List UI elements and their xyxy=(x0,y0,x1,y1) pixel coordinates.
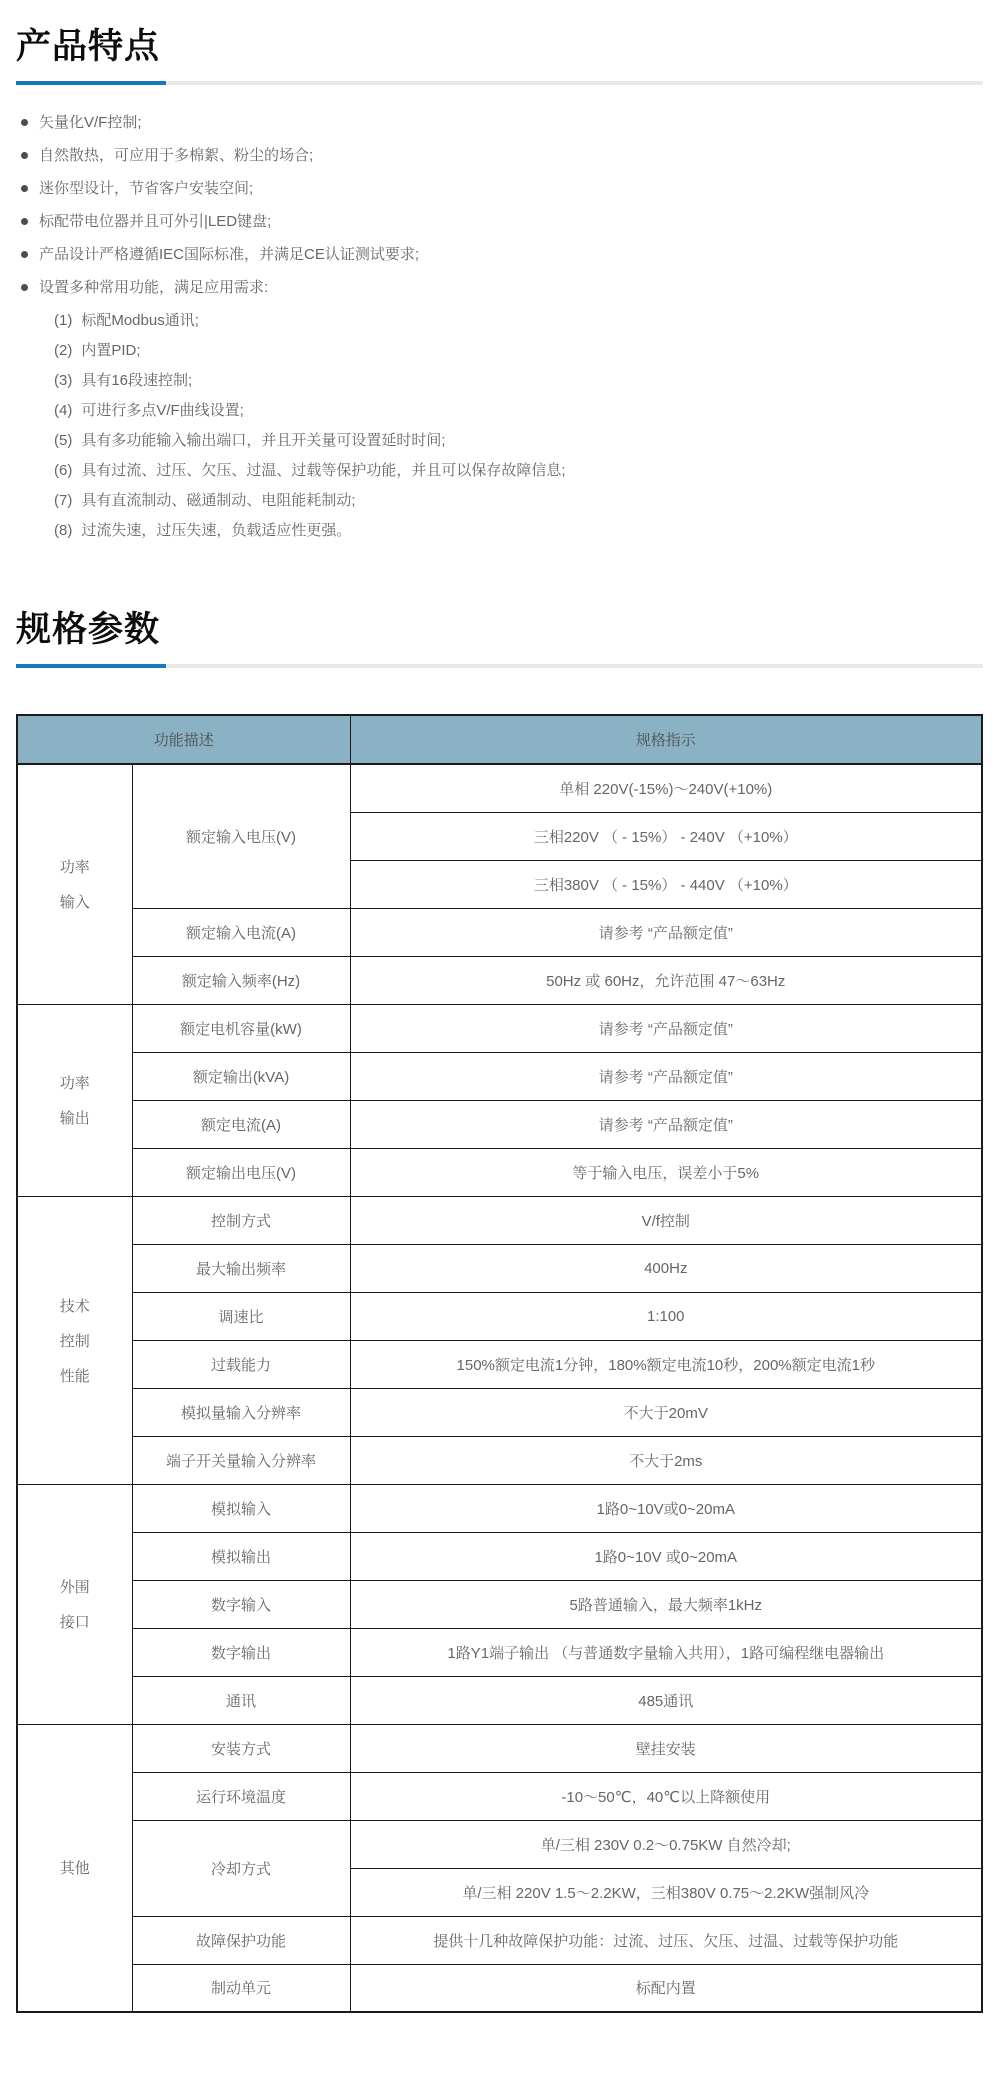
group-name-line: 接口 xyxy=(28,1611,122,1632)
table-row: 模拟输出 1路0~10V 或0~20mA xyxy=(17,1532,982,1580)
header-spec-indication: 规格指示 xyxy=(350,715,982,764)
feature-bullet-item: 标配带电位器并且可外引|LED键盘; xyxy=(16,214,983,230)
feature-bullet-item: 产品设计严格遵循IEC国际标准，并满足CE认证测试要求; xyxy=(16,247,983,263)
spec-group-cell: 技术 控制 性能 xyxy=(17,1196,132,1484)
spec-value-cell: 1路0~10V 或0~20mA xyxy=(350,1532,982,1580)
group-name-line: 技术 xyxy=(28,1295,122,1316)
spec-label-cell: 冷却方式 xyxy=(132,1820,350,1916)
item-text: 具有过流、过压、欠压、过温、过载等保护功能，并且可以保存故障信息; xyxy=(81,462,565,479)
spec-label-cell: 额定输入频率(Hz) xyxy=(132,956,350,1004)
spec-value-cell: 1路0~10V或0~20mA xyxy=(350,1484,982,1532)
spec-label-cell: 最大输出频率 xyxy=(132,1244,350,1292)
item-text: 具有多功能输入输出端口，并且开关量可设置延时时间; xyxy=(81,432,445,449)
table-row: 制动单元 标配内置 xyxy=(17,1964,982,2012)
item-number: (2) xyxy=(54,342,72,359)
table-row: 技术 控制 性能 控制方式 V/f控制 xyxy=(17,1196,982,1244)
specs-section: 规格参数 功能描述 规格指示 功率 输入 xyxy=(16,611,983,2013)
table-row: 额定输出电压(V) 等于输入电压，误差小于5% xyxy=(17,1148,982,1196)
spec-value-cell: 单相 220V(-15%)～240V(+10%) xyxy=(350,764,982,812)
spec-value-cell: -10～50℃，40℃以上降额使用 xyxy=(350,1772,982,1820)
table-row: 端子开关量输入分辨率 不大于2ms xyxy=(17,1436,982,1484)
spec-value-cell: 1路Y1端子输出 （与普通数字量输入共用），1路可编程继电器输出 xyxy=(350,1628,982,1676)
spec-label-cell: 额定电机容量(kW) xyxy=(132,1004,350,1052)
header-function-desc: 功能描述 xyxy=(17,715,350,764)
spec-label-cell: 额定输出(kVA) xyxy=(132,1052,350,1100)
group-name-line: 外围 xyxy=(28,1576,122,1597)
item-number: (8) xyxy=(54,522,72,539)
item-text: 具有16段速控制; xyxy=(81,372,192,389)
spec-value-cell: 5路普通输入，最大频率1kHz xyxy=(350,1580,982,1628)
feature-bullet-item: 迷你型设计，节省客户安装空间; xyxy=(16,181,983,197)
table-row: 运行环境温度 -10～50℃，40℃以上降额使用 xyxy=(17,1772,982,1820)
spec-label-cell: 额定输出电压(V) xyxy=(132,1148,350,1196)
spec-label-cell: 数字输入 xyxy=(132,1580,350,1628)
table-row: 功率 输出 额定电机容量(kW) 请参考 “产品额定值” xyxy=(17,1004,982,1052)
spec-value-cell: 400Hz xyxy=(350,1244,982,1292)
product-page: 产品特点 矢量化V/F控制; 自然散热，可应用于多棉絮、粉尘的场合; 迷你型设计… xyxy=(0,0,999,2029)
item-text: 可进行多点V/F曲线设置; xyxy=(81,402,244,419)
spec-group-cell: 功率 输出 xyxy=(17,1004,132,1196)
spec-value-cell: 150%额定电流1分钟，180%额定电流10秒，200%额定电流1秒 xyxy=(350,1340,982,1388)
feature-numbered-item: (4)可进行多点V/F曲线设置; xyxy=(16,403,983,419)
table-row: 冷却方式 单/三相 230V 0.2～0.75KW 自然冷却; xyxy=(17,1820,982,1868)
spec-value-cell: 请参考 “产品额定值” xyxy=(350,1004,982,1052)
spec-group-cell: 其他 xyxy=(17,1724,132,2012)
spec-value-cell: 485通讯 xyxy=(350,1676,982,1724)
table-row: 数字输入 5路普通输入，最大频率1kHz xyxy=(17,1580,982,1628)
group-name-line: 其他 xyxy=(28,1857,122,1878)
feature-numbered-item: (3)具有16段速控制; xyxy=(16,373,983,389)
item-text: 过流失速，过压失速，负载适应性更强。 xyxy=(81,522,351,539)
spec-group-cell: 功率 输入 xyxy=(17,764,132,1004)
spec-value-cell: 等于输入电压，误差小于5% xyxy=(350,1148,982,1196)
table-row: 过载能力 150%额定电流1分钟，180%额定电流10秒，200%额定电流1秒 xyxy=(17,1340,982,1388)
feature-bullet-item: 设置多种常用功能，满足应用需求: xyxy=(16,280,983,296)
table-row: 通讯 485通讯 xyxy=(17,1676,982,1724)
spec-label-cell: 端子开关量输入分辨率 xyxy=(132,1436,350,1484)
item-text: 标配Modbus通讯; xyxy=(81,312,199,329)
spec-label-cell: 故障保护功能 xyxy=(132,1916,350,1964)
spec-value-cell: 提供十几种故障保护功能：过流、过压、欠压、过温、过载等保护功能 xyxy=(350,1916,982,1964)
title-underline xyxy=(16,81,983,85)
group-name-line: 输入 xyxy=(28,891,122,912)
feature-numbered-item: (6)具有过流、过压、欠压、过温、过载等保护功能，并且可以保存故障信息; xyxy=(16,463,983,479)
item-number: (4) xyxy=(54,402,72,419)
spec-label-cell: 模拟输出 xyxy=(132,1532,350,1580)
features-title: 产品特点 xyxy=(16,28,983,66)
item-number: (1) xyxy=(54,312,72,329)
spec-value-cell: 请参考 “产品额定值” xyxy=(350,908,982,956)
table-row: 功率 输入 额定输入电压(V) 单相 220V(-15%)～240V(+10%) xyxy=(17,764,982,812)
spec-label-cell: 通讯 xyxy=(132,1676,350,1724)
spec-label-cell: 额定输入电流(A) xyxy=(132,908,350,956)
feature-list: 矢量化V/F控制; 自然散热，可应用于多棉絮、粉尘的场合; 迷你型设计，节省客户… xyxy=(16,115,983,539)
spec-value-cell: 不大于20mV xyxy=(350,1388,982,1436)
feature-numbered-item: (2)内置PID; xyxy=(16,343,983,359)
feature-numbered-item: (8)过流失速，过压失速，负载适应性更强。 xyxy=(16,523,983,539)
item-text: 具有直流制动、磁通制动、电阻能耗制动; xyxy=(81,492,355,509)
group-name-line: 功率 xyxy=(28,856,122,877)
spec-label-cell: 数字输出 xyxy=(132,1628,350,1676)
feature-numbered-item: (7)具有直流制动、磁通制动、电阻能耗制动; xyxy=(16,493,983,509)
spec-label-cell: 控制方式 xyxy=(132,1196,350,1244)
table-row: 调速比 1:100 xyxy=(17,1292,982,1340)
spec-value-cell: 单/三相 230V 0.2～0.75KW 自然冷却; xyxy=(350,1820,982,1868)
table-header-row: 功能描述 规格指示 xyxy=(17,715,982,764)
table-row: 额定输出(kVA) 请参考 “产品额定值” xyxy=(17,1052,982,1100)
table-row: 最大输出频率 400Hz xyxy=(17,1244,982,1292)
group-name-line: 性能 xyxy=(28,1365,122,1386)
feature-numbered-item: (1)标配Modbus通讯; xyxy=(16,313,983,329)
spec-label-cell: 模拟量输入分辨率 xyxy=(132,1388,350,1436)
spec-label-cell: 制动单元 xyxy=(132,1964,350,2012)
spec-value-cell: 请参考 “产品额定值” xyxy=(350,1100,982,1148)
spec-group-cell: 外围 接口 xyxy=(17,1484,132,1724)
spec-value-cell: 50Hz 或 60Hz，允许范围 47～63Hz xyxy=(350,956,982,1004)
underline-accent-bar xyxy=(16,81,166,85)
spec-value-cell: 不大于2ms xyxy=(350,1436,982,1484)
spec-value-cell: V/f控制 xyxy=(350,1196,982,1244)
table-row: 额定输入频率(Hz) 50Hz 或 60Hz，允许范围 47～63Hz xyxy=(17,956,982,1004)
feature-bullet-item: 自然散热，可应用于多棉絮、粉尘的场合; xyxy=(16,148,983,164)
table-row: 模拟量输入分辨率 不大于20mV xyxy=(17,1388,982,1436)
spec-label-cell: 额定电流(A) xyxy=(132,1100,350,1148)
spec-label-cell: 过载能力 xyxy=(132,1340,350,1388)
spec-value-cell: 单/三相 220V 1.5～2.2KW，三相380V 0.75～2.2KW强制风… xyxy=(350,1868,982,1916)
table-row: 额定输入电流(A) 请参考 “产品额定值” xyxy=(17,908,982,956)
item-number: (5) xyxy=(54,432,72,449)
item-number: (6) xyxy=(54,462,72,479)
spec-value-cell: 壁挂安装 xyxy=(350,1724,982,1772)
spec-value-cell: 三相220V （ - 15%） - 240V （+10%） xyxy=(350,812,982,860)
spec-label-cell: 额定输入电压(V) xyxy=(132,764,350,908)
table-row: 额定电流(A) 请参考 “产品额定值” xyxy=(17,1100,982,1148)
spec-label-cell: 调速比 xyxy=(132,1292,350,1340)
item-number: (3) xyxy=(54,372,72,389)
title-underline xyxy=(16,664,983,668)
specs-title: 规格参数 xyxy=(16,611,983,649)
spec-table: 功能描述 规格指示 功率 输入 额定输入电压(V) 单相 220V(-15%)～… xyxy=(16,714,983,2013)
spec-label-cell: 模拟输入 xyxy=(132,1484,350,1532)
spec-value-cell: 1:100 xyxy=(350,1292,982,1340)
table-row: 其他 安装方式 壁挂安装 xyxy=(17,1724,982,1772)
table-row: 数字输出 1路Y1端子输出 （与普通数字量输入共用），1路可编程继电器输出 xyxy=(17,1628,982,1676)
spec-value-cell: 请参考 “产品额定值” xyxy=(350,1052,982,1100)
spec-label-cell: 安装方式 xyxy=(132,1724,350,1772)
feature-numbered-item: (5)具有多功能输入输出端口，并且开关量可设置延时时间; xyxy=(16,433,983,449)
feature-bullet-item: 矢量化V/F控制; xyxy=(16,115,983,131)
item-text: 内置PID; xyxy=(81,342,140,359)
table-row: 外围 接口 模拟输入 1路0~10V或0~20mA xyxy=(17,1484,982,1532)
group-name-line: 输出 xyxy=(28,1107,122,1128)
spec-label-cell: 运行环境温度 xyxy=(132,1772,350,1820)
group-name-line: 功率 xyxy=(28,1072,122,1093)
spec-value-cell: 标配内置 xyxy=(350,1964,982,2012)
item-number: (7) xyxy=(54,492,72,509)
underline-accent-bar xyxy=(16,664,166,668)
spec-value-cell: 三相380V （ - 15%） - 440V （+10%） xyxy=(350,860,982,908)
table-row: 故障保护功能 提供十几种故障保护功能：过流、过压、欠压、过温、过载等保护功能 xyxy=(17,1916,982,1964)
features-section: 产品特点 矢量化V/F控制; 自然散热，可应用于多棉絮、粉尘的场合; 迷你型设计… xyxy=(16,28,983,539)
group-name-line: 控制 xyxy=(28,1330,122,1351)
